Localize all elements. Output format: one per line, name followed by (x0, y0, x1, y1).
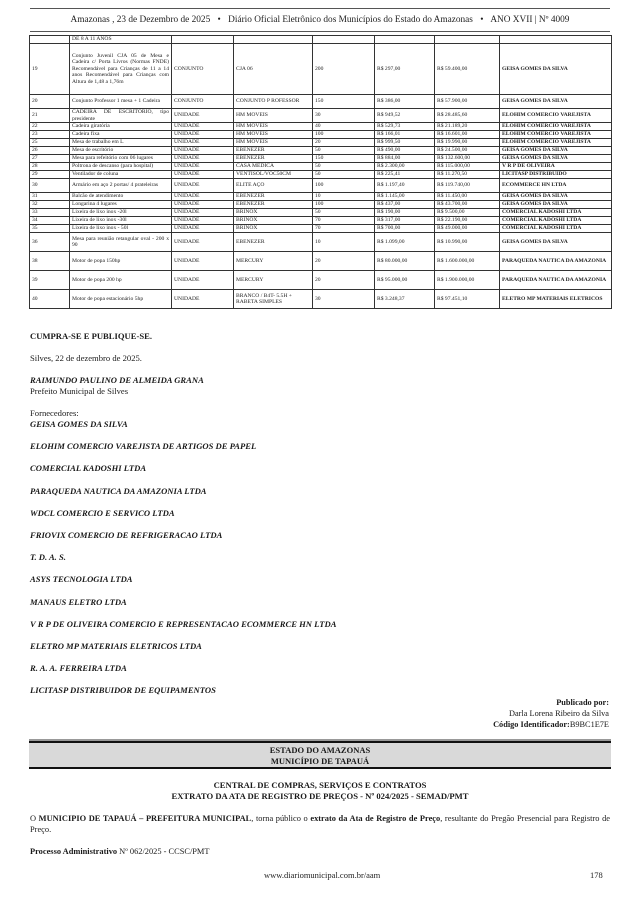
cell-qty: 100 (313, 179, 375, 193)
cell-total: R$ 28.485,60 (435, 109, 500, 123)
supplier-name: ELETRO MP MATERIAIS ELETRICOS LTDA (30, 641, 202, 651)
cell-desc: Conjunto Professor 1 mesa + 1 Cadeira (70, 95, 172, 109)
cell-desc: Mesa de escritório (70, 147, 172, 155)
cell-desc: Motor de popa estacionário 5hp (70, 290, 172, 309)
cell-supplier: ELOHIM COMERCIO VAREJISTA (500, 139, 612, 147)
cell-desc: Lixeira de lixo inox -20l (70, 209, 172, 217)
cell-supplier: GEISA GOMES DA SILVA (500, 155, 612, 163)
table-row: 19Conjunto Juvenil CJA 05 de Mesa e Cade… (30, 44, 612, 95)
cell-unit-price: R$ 225,41 (375, 171, 435, 179)
cell-brand: CASA MEDICA (234, 163, 313, 171)
cell-item: 36 (30, 233, 70, 252)
cell-desc: DE 8 A 11 ANOS (70, 36, 172, 44)
table-row: DE 8 A 11 ANOS (30, 36, 612, 44)
header-top-rule (30, 8, 610, 9)
cell-unit: UNIDADE (172, 155, 234, 163)
cell-unit-price: R$ 529,73 (375, 123, 435, 131)
cell-brand (234, 36, 313, 44)
cell-qty: 10 (313, 233, 375, 252)
cell-unit-price (375, 36, 435, 44)
cell-unit-price: R$ 386,00 (375, 95, 435, 109)
cell-desc: CADEIRA DE ESCRITORIO, tipo presidente (70, 109, 172, 123)
process-value: Nº 062/2025 - CCSC/PMT (117, 847, 209, 856)
place-date: Silves, 22 de dezembro de 2025. (30, 353, 142, 364)
table-row: 31Balcão de atendimentoUNIDADEEBENEZER10… (30, 193, 612, 201)
cell-unit: UNIDADE (172, 123, 234, 131)
cell-qty: 150 (313, 95, 375, 109)
process-label: Processo Administrativo (30, 847, 117, 856)
header-edition: ANO XVII | Nº 4009 (490, 15, 569, 25)
cell-item: 40 (30, 290, 70, 309)
cell-supplier: ECOMMERCE HN LTDA (500, 179, 612, 193)
cell-unit: CONJUNTO (172, 95, 234, 109)
cell-brand: VENTISOL/VOC50CM (234, 171, 313, 179)
table-row: 35Lixeira de lixo inox - 50lUNIDADEBRINO… (30, 225, 612, 233)
cell-desc: Ventilador de coluna (70, 171, 172, 179)
cell-supplier: ELOHIM COMERCIO VAREJISTA (500, 123, 612, 131)
cell-total: R$ 21.189,20 (435, 123, 500, 131)
table-row: 25Mesa de trabalho em LUNIDADEHM MOVEIS2… (30, 139, 612, 147)
supplier-name: LICITASP DISTRIBUIDOR DE EQUIPAMENTOS (30, 685, 216, 695)
para-municipality: MUNICIPIO DE TAPAUÁ – PREFEITURA MUNICIP… (39, 814, 252, 823)
cell-unit: UNIDADE (172, 225, 234, 233)
cell-unit: UNIDADE (172, 147, 234, 155)
cell-desc: Cadeira fixa (70, 131, 172, 139)
cell-unit (172, 36, 234, 44)
cell-supplier: GEISA GOMES DA SILVA (500, 44, 612, 95)
cell-qty: 100 (313, 201, 375, 209)
header-bullet: • (480, 15, 483, 25)
cell-qty: 50 (313, 209, 375, 217)
cell-item: 30 (30, 179, 70, 193)
signer-name: RAIMUNDO PAULINO DE ALMEIDA GRANA (30, 375, 204, 386)
cell-unit: UNIDADE (172, 163, 234, 171)
supplier-name: R. A. A. FERREIRA LTDA (30, 663, 127, 673)
cell-unit: UNIDADE (172, 252, 234, 271)
supplier-name: MANAUS ELETRO LTDA (30, 597, 127, 607)
municipality-name: MUNICÍPIO DE TAPAUÁ (29, 756, 611, 767)
table-row: 34Lixeira de lixo inox -30lUNIDADEBRINOX… (30, 217, 612, 225)
supplier-name: V R P DE OLIVEIRA COMERCIO E REPRESENTAC… (30, 619, 336, 629)
cell-supplier: GEISA GOMES DA SILVA (500, 233, 612, 252)
header-location-date: Amazonas , 23 de Dezembro de 2025 (71, 15, 211, 25)
cell-unit-price: R$ 490,00 (375, 147, 435, 155)
signer-role: Prefeito Municipal de Silves (30, 386, 128, 397)
cell-brand: EBENEZER (234, 201, 313, 209)
cell-brand: EBENEZER (234, 155, 313, 163)
cell-qty: 30 (313, 109, 375, 123)
cell-item: 27 (30, 155, 70, 163)
cell-supplier: ELETRO MP MATERIAIS ELETRICOS (500, 290, 612, 309)
table-row: 40Motor de popa estacionário 5hpUNIDADEB… (30, 290, 612, 309)
cell-unit: UNIDADE (172, 233, 234, 252)
cell-qty: 20 (313, 252, 375, 271)
footer-url[interactable]: www.diariomunicipal.com.br/aam (264, 870, 380, 880)
cell-supplier: COMERCIAL KADOSHI LTDA (500, 225, 612, 233)
cell-total: R$ 22.190,00 (435, 217, 500, 225)
table-row: 26Mesa de escritórioUNIDADEEBENEZER50R$ … (30, 147, 612, 155)
cell-unit: CONJUNTO (172, 44, 234, 95)
cell-desc: Motor de popa 150hp (70, 252, 172, 271)
table-row: 38Motor de popa 150hpUNIDADEMERCURY20R$ … (30, 252, 612, 271)
cell-unit-price: R$ 317,00 (375, 217, 435, 225)
municipality-banner: ESTADO DO AMAZONAS MUNICÍPIO DE TAPAUÁ (29, 741, 611, 769)
cell-total: R$ 11.450,00 (435, 193, 500, 201)
supplier-name: ASYS TECNOLOGIA LTDA (30, 574, 133, 584)
cell-item: 26 (30, 147, 70, 155)
cell-brand: EBENEZER (234, 147, 313, 155)
supplier-name: WDCL COMERCIO E SERVICO LTDA (30, 508, 175, 518)
header-bottom-rule (30, 31, 610, 32)
cell-item: 23 (30, 131, 70, 139)
cell-unit-price: R$ 190,00 (375, 209, 435, 217)
cell-unit: UNIDADE (172, 209, 234, 217)
cell-unit-price: R$ 1.197,40 (375, 179, 435, 193)
cell-unit: UNIDADE (172, 139, 234, 147)
cell-item: 31 (30, 193, 70, 201)
cell-desc: Poltrona de descanso (para hospital) (70, 163, 172, 171)
publisher-name: Darla Lorena Ribeiro da Silva (493, 708, 609, 719)
cell-item: 29 (30, 171, 70, 179)
cell-total: R$ 119.740,00 (435, 179, 500, 193)
cell-supplier: ELOHIM COMERCIO VAREJISTA (500, 131, 612, 139)
cell-supplier: GEISA GOMES DA SILVA (500, 193, 612, 201)
cell-supplier: V R P DE OLIVEIRA (500, 163, 612, 171)
page-header: Amazonas , 23 de Dezembro de 2025 • Diár… (30, 10, 610, 30)
cell-total: R$ 24.500,00 (435, 147, 500, 155)
cell-item: 39 (30, 271, 70, 290)
cell-supplier: PARAQUEDA NAUTICA DA AMAZONIA (500, 252, 612, 271)
table-row: 28Poltrona de descanso (para hospital)UN… (30, 163, 612, 171)
cell-unit-price: R$ 884,00 (375, 155, 435, 163)
cell-total: R$ 10.990,00 (435, 233, 500, 252)
cell-desc: Mesa para refeitório com 06 lugares (70, 155, 172, 163)
cell-supplier: GEISA GOMES DA SILVA (500, 201, 612, 209)
cell-supplier: GEISA GOMES DA SILVA (500, 95, 612, 109)
cell-brand: ELITE AÇO (234, 179, 313, 193)
cell-item: 21 (30, 109, 70, 123)
cell-supplier: COMERCIAL KADOSHI LTDA (500, 209, 612, 217)
cell-item: 25 (30, 139, 70, 147)
cell-qty: 200 (313, 44, 375, 95)
table-row: 30Armário em aço 2 portas/ 4 prateleiras… (30, 179, 612, 193)
cell-supplier: PARAQUEDA NAUTICA DA AMAZONIA (500, 271, 612, 290)
table-row: 20Conjunto Professor 1 mesa + 1 CadeiraC… (30, 95, 612, 109)
cell-qty: 150 (313, 155, 375, 163)
cell-brand: CJA 06 (234, 44, 313, 95)
cell-supplier: COMERCIAL KADOSHI LTDA (500, 217, 612, 225)
cell-supplier (500, 36, 612, 44)
cell-total: R$ 57.900,00 (435, 95, 500, 109)
table-row: 29Ventilador de colunaUNIDADEVENTISOL/VO… (30, 171, 612, 179)
cell-qty: 50 (313, 147, 375, 155)
code-value: B9BC1E7E (570, 720, 609, 729)
cell-brand: HM MOVEIS (234, 139, 313, 147)
cell-unit-price: R$ 437,00 (375, 201, 435, 209)
cell-item: 33 (30, 209, 70, 217)
cell-brand: HM MOVEIS (234, 131, 313, 139)
cell-unit-price: R$ 1.145,00 (375, 193, 435, 201)
cell-total (435, 36, 500, 44)
table-row: 33Lixeira de lixo inox -20lUNIDADEBRINOX… (30, 209, 612, 217)
process-line: Processo Administrativo Nº 062/2025 - CC… (30, 846, 610, 857)
cell-unit-price: R$ 949,52 (375, 109, 435, 123)
cell-unit: UNIDADE (172, 131, 234, 139)
cell-qty: 70 (313, 225, 375, 233)
cell-desc: Cadeira giratória (70, 123, 172, 131)
cell-item: 28 (30, 163, 70, 171)
supplier-name: FRIOVIX COMERCIO DE REFRIGERACAO LTDA (30, 530, 222, 540)
cell-item (30, 36, 70, 44)
supplier-name: PARAQUEDA NAUTICA DA AMAZONIA LTDA (30, 486, 207, 496)
cell-qty: 10 (313, 193, 375, 201)
cell-qty: 70 (313, 217, 375, 225)
cell-unit-price: R$ 297,00 (375, 44, 435, 95)
cell-brand: HM MOVEIS (234, 123, 313, 131)
header-bullet: • (218, 15, 221, 25)
cell-unit: UNIDADE (172, 109, 234, 123)
para-extract: extrato da Ata de Registro de Preço (310, 814, 440, 823)
cell-total: R$ 115.000,00 (435, 163, 500, 171)
table-row: 27Mesa para refeitório com 06 lugaresUNI… (30, 155, 612, 163)
cell-desc: Armário em aço 2 portas/ 4 prateleiras (70, 179, 172, 193)
suppliers-label: Fornecedores: (30, 408, 79, 419)
para-text: , torna público o (251, 814, 310, 823)
section-title-2: EXTRATO DA ATA DE REGISTRO DE PREÇOS - N… (29, 791, 611, 802)
cell-qty: 100 (313, 131, 375, 139)
cell-total: R$ 16.601,00 (435, 131, 500, 139)
page-number: 178 (590, 870, 603, 880)
cell-total: R$ 9.500,00 (435, 209, 500, 217)
cell-unit-price: R$ 2.300,00 (375, 163, 435, 171)
table-row: 23Cadeira fixaUNIDADEHM MOVEIS100R$ 166,… (30, 131, 612, 139)
supplier-name: GEISA GOMES DA SILVA (30, 419, 128, 429)
cell-unit: UNIDADE (172, 171, 234, 179)
cell-unit-price: R$ 95.000,00 (375, 271, 435, 290)
cell-desc: Lixeira de lixo inox -30l (70, 217, 172, 225)
table-row: 21CADEIRA DE ESCRITORIO, tipo presidente… (30, 109, 612, 123)
cell-qty (313, 36, 375, 44)
cell-brand: BRINOX (234, 225, 313, 233)
cell-total: R$ 11.270,50 (435, 171, 500, 179)
cell-item: 20 (30, 95, 70, 109)
price-registry-table: DE 8 A 11 ANOS19Conjunto Juvenil CJA 05 … (29, 35, 612, 309)
cell-total: R$ 19.990,00 (435, 139, 500, 147)
cell-item: 35 (30, 225, 70, 233)
cell-brand: BRINOX (234, 217, 313, 225)
header-publication: Diário Oficial Eletrônico dos Municípios… (228, 15, 473, 25)
cell-brand: MERCURY (234, 271, 313, 290)
cell-unit-price: R$ 166,01 (375, 131, 435, 139)
section-title-1: CENTRAL DE COMPRAS, SERVIÇOS E CONTRATOS (29, 780, 611, 791)
cell-unit-price: R$ 80.000,00 (375, 252, 435, 271)
publication-info: Publicado por: Darla Lorena Ribeiro da S… (493, 697, 609, 730)
table-row: 32Longarina 4 lugaresUNIDADEEBENEZER100R… (30, 201, 612, 209)
cell-unit-price: R$ 1.099,00 (375, 233, 435, 252)
cell-supplier: GEISA GOMES DA SILVA (500, 147, 612, 155)
supplier-name: COMERCIAL KADOSHI LTDA (30, 463, 146, 473)
code-label: Código Identificador: (493, 720, 570, 729)
cell-qty: 30 (313, 290, 375, 309)
cell-brand: BRINOX (234, 209, 313, 217)
cell-desc: Conjunto Juvenil CJA 05 de Mesa e Cadeir… (70, 44, 172, 95)
cell-brand: EBENEZER (234, 193, 313, 201)
cell-unit: UNIDADE (172, 179, 234, 193)
cell-unit: UNIDADE (172, 290, 234, 309)
cell-desc: Motor de popa 200 hp (70, 271, 172, 290)
cell-desc: Balcão de atendimento (70, 193, 172, 201)
table-row: 36Mesa para reunião retangular oval - 20… (30, 233, 612, 252)
cell-supplier: ELOHIM COMERCIO VAREJISTA (500, 109, 612, 123)
cell-qty: 20 (313, 271, 375, 290)
cumpra-se-publique-se: CUMPRA-SE E PUBLIQUE-SE. (30, 331, 152, 342)
cell-unit-price: R$ 999,50 (375, 139, 435, 147)
cell-total: R$ 132.600,00 (435, 155, 500, 163)
cell-brand: BRANCO / B4T- 5.5H + RABETA SIMPLES (234, 290, 313, 309)
cell-brand: EBENEZER (234, 233, 313, 252)
cell-unit: UNIDADE (172, 217, 234, 225)
cell-brand: CONJUNTO P ROFESSOR (234, 95, 313, 109)
cell-desc: Lixeira de lixo inox - 50l (70, 225, 172, 233)
cell-item: 19 (30, 44, 70, 95)
cell-brand: MERCURY (234, 252, 313, 271)
cell-desc: Mesa para reunião retangular oval - 200 … (70, 233, 172, 252)
para-text: O (30, 814, 39, 823)
cell-unit: UNIDADE (172, 193, 234, 201)
cell-item: 22 (30, 123, 70, 131)
cell-total: R$ 1.900.000,00 (435, 271, 500, 290)
cell-qty: 40 (313, 123, 375, 131)
cell-total: R$ 1.600.000,00 (435, 252, 500, 271)
cell-desc: Longarina 4 lugares (70, 201, 172, 209)
supplier-name: ELOHIM COMERCIO VAREJISTA DE ARTIGOS DE … (30, 441, 256, 451)
cell-total: R$ 59.400,00 (435, 44, 500, 95)
cell-total: R$ 43.700,00 (435, 201, 500, 209)
supplier-name: T. D. A. S. (30, 552, 66, 562)
cell-qty: 20 (313, 139, 375, 147)
cell-qty: 50 (313, 163, 375, 171)
table-row: 39Motor de popa 200 hpUNIDADEMERCURY20R$… (30, 271, 612, 290)
cell-qty: 50 (313, 171, 375, 179)
cell-item: 38 (30, 252, 70, 271)
cell-unit: UNIDADE (172, 201, 234, 209)
cell-total: R$ 97.451,10 (435, 290, 500, 309)
cell-unit: UNIDADE (172, 271, 234, 290)
cell-unit-price: R$ 3.248,37 (375, 290, 435, 309)
extract-paragraph: O MUNICIPIO DE TAPAUÁ – PREFEITURA MUNIC… (30, 813, 610, 835)
cell-total: R$ 49.000,00 (435, 225, 500, 233)
cell-item: 34 (30, 217, 70, 225)
cell-unit-price: R$ 700,00 (375, 225, 435, 233)
table-row: 22Cadeira giratóriaUNIDADEHM MOVEIS40R$ … (30, 123, 612, 131)
cell-supplier: LICITASP DISTRIBUIDO (500, 171, 612, 179)
state-name: ESTADO DO AMAZONAS (29, 745, 611, 756)
cell-desc: Mesa de trabalho em L (70, 139, 172, 147)
cell-item: 32 (30, 201, 70, 209)
published-by-label: Publicado por: (493, 697, 609, 708)
cell-brand: HM MOVEIS (234, 109, 313, 123)
